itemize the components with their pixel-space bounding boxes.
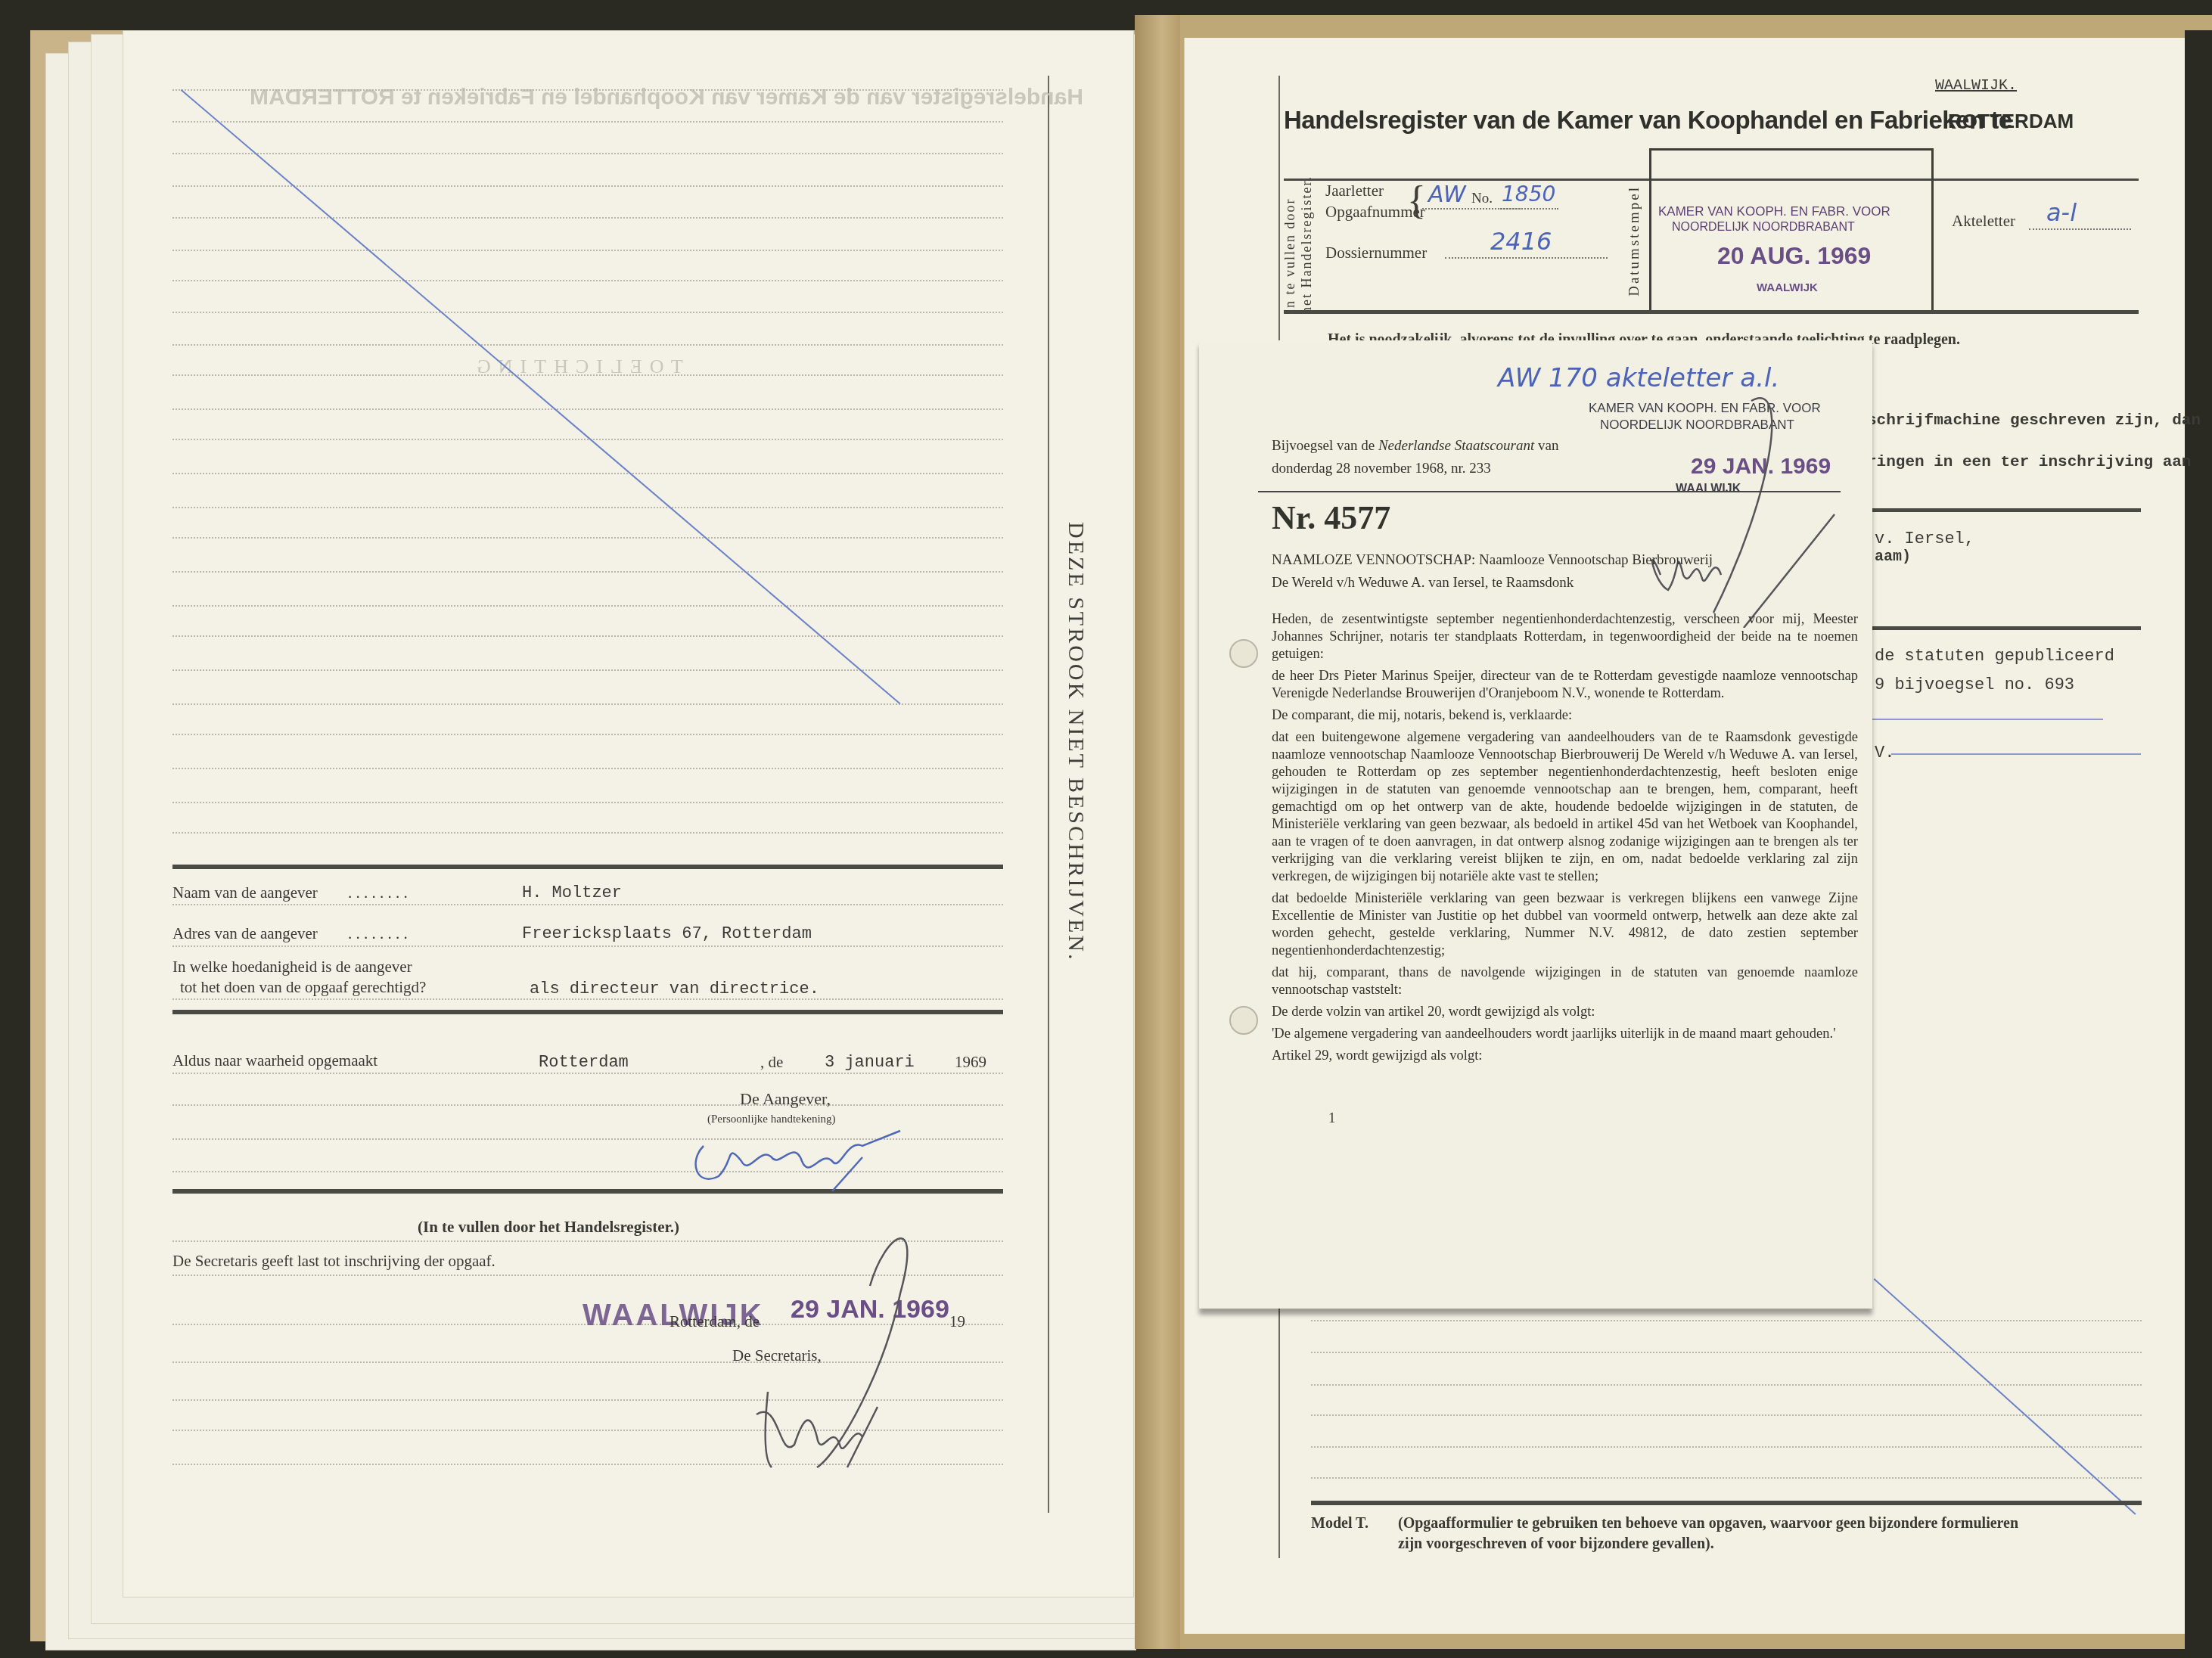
registry-year-prefix: 19 bbox=[949, 1312, 965, 1331]
ruled-line bbox=[172, 89, 1003, 91]
declaration-de: , de bbox=[760, 1053, 783, 1072]
declaration-date: 3 januari bbox=[825, 1053, 915, 1072]
ruled-line bbox=[172, 374, 1003, 376]
field-line bbox=[1498, 208, 1558, 210]
ruled-line bbox=[172, 250, 1003, 251]
opgaafnummer-value[interactable]: 1850 bbox=[1502, 182, 1555, 206]
blue-underline bbox=[1891, 753, 2141, 755]
signature-aangever bbox=[688, 1116, 930, 1199]
ruled-line bbox=[172, 734, 1003, 735]
clipping-paragraph: De derde volzin van artikel 20, wordt ge… bbox=[1272, 1004, 1858, 1021]
background-edge bbox=[2185, 30, 2212, 1649]
stamp-date: 20 AUG. 1969 bbox=[1717, 242, 1871, 270]
signature-secretary bbox=[749, 1218, 930, 1475]
punch-hole bbox=[1229, 1006, 1258, 1035]
stamp-line1: KAMER VAN KOOPH. EN FABR. VOOR bbox=[1658, 204, 1890, 219]
ruled-line bbox=[172, 185, 1003, 187]
source-post: van bbox=[1534, 438, 1558, 454]
clipping-page-number: 1 bbox=[1328, 1110, 1858, 1128]
stamp-line2: NOORDELIJK NOORDBRABANT bbox=[1672, 221, 1855, 234]
ruled-line bbox=[172, 904, 1003, 905]
divider bbox=[1311, 1501, 2142, 1505]
folder-spine bbox=[1135, 15, 1180, 1649]
no-label: No. bbox=[1471, 191, 1493, 207]
ruled-line bbox=[172, 1073, 1003, 1074]
newspaper-clipping: AW 170 akteletter a.l. KAMER VAN KOOPH. … bbox=[1199, 340, 1872, 1309]
clipping-paragraph: dat bedoelde Ministeriële verklaring van… bbox=[1272, 890, 1858, 960]
dossiernummer-value[interactable]: 2416 bbox=[1490, 227, 1552, 256]
leader-dots: . . . . . . . . bbox=[348, 924, 408, 943]
field-value-capacity: als directeur van directrice. bbox=[530, 980, 819, 998]
source-pre: Bijvoegsel van de bbox=[1272, 438, 1378, 454]
clipping-paragraph: 'De algemene vergadering van aandeelhoud… bbox=[1272, 1026, 1858, 1043]
clipping-paragraph: Artikel 29, wordt gewijzigd als volgt: bbox=[1272, 1048, 1858, 1065]
clipping-paragraph: dat hij, comparant, thans de navolgende … bbox=[1272, 964, 1858, 999]
ruled-line bbox=[172, 408, 1003, 410]
clipping-number: Nr. 4577 bbox=[1272, 509, 1858, 526]
ruled-line bbox=[1311, 1446, 2142, 1448]
divider bbox=[1869, 626, 2141, 630]
field-label-capacity-1: In welke hoedanigheid is de aangever bbox=[172, 958, 412, 976]
akteletter-label: Akteletter bbox=[1952, 212, 2015, 231]
ruled-line bbox=[1311, 1384, 2142, 1386]
clipping-rule bbox=[1258, 491, 1841, 492]
ruled-line bbox=[172, 473, 1003, 474]
registry-instruction: De Secretaris geeft last tot inschrijvin… bbox=[172, 1252, 496, 1271]
clipping-paragraphs: Heden, de zesentwintigste september nege… bbox=[1272, 611, 1858, 1065]
source-italic: Nederlandse Staatscourant bbox=[1378, 438, 1534, 454]
jaarletter-label: Jaarletter bbox=[1325, 182, 1384, 200]
vertical-notice: DEZE STROOK NIET BESCHRIJVEN. bbox=[1063, 522, 1089, 961]
ruled-line bbox=[1311, 1414, 2142, 1416]
ruled-line bbox=[172, 832, 1003, 834]
clipping-paragraph: Heden, de zesentwintigste september nege… bbox=[1272, 611, 1858, 663]
ruled-line bbox=[1311, 1320, 2142, 1321]
stamp-place: WAALWIJK bbox=[1757, 281, 1818, 294]
field-value-name: H. Moltzer bbox=[522, 883, 622, 902]
typed-partial-1: v. Iersel, bbox=[1875, 529, 1974, 548]
field-line bbox=[1445, 257, 1608, 259]
ruled-line bbox=[172, 571, 1003, 573]
field-line bbox=[2029, 228, 2131, 230]
typed-partial-4: 9 bijvoegsel no. 693 bbox=[1875, 675, 2074, 694]
ruled-line bbox=[172, 344, 1003, 346]
location-typed: WAALWIJK. bbox=[1935, 77, 2017, 95]
blue-underline bbox=[1869, 719, 2103, 720]
clipping-company: NAAMLOZE VENNOOTSCHAP: Naamlooze Vennoot… bbox=[1272, 549, 1726, 595]
side-label-line2: het Handelsregister. bbox=[1299, 175, 1314, 314]
field-label-name: Naam van de aangever bbox=[172, 883, 318, 902]
field-value-address: Freericksplaats 67, Rotterdam bbox=[522, 924, 812, 943]
divider bbox=[172, 865, 1003, 869]
source-line2: donderdag 28 november 1968, nr. 233 bbox=[1272, 461, 1491, 477]
divider bbox=[1284, 310, 2139, 314]
form-title-city: ROTTERDAM bbox=[1948, 110, 2074, 133]
registry-heading: (In te vullen door het Handelsregister.) bbox=[418, 1218, 679, 1237]
leader-dots: . . . . . . . . bbox=[348, 883, 408, 902]
ruled-line bbox=[1311, 1352, 2142, 1353]
ruled-line bbox=[172, 537, 1003, 539]
declaration-label: Aldus naar waarheid opgemaakt bbox=[172, 1051, 377, 1070]
declaration-place: Rotterdam bbox=[539, 1053, 629, 1072]
ruled-line bbox=[172, 605, 1003, 607]
ruled-line bbox=[172, 280, 1003, 281]
ruled-line bbox=[172, 217, 1003, 219]
ruled-line bbox=[172, 802, 1003, 803]
akteletter-value[interactable]: a-l bbox=[2046, 198, 2077, 227]
footer-model: Model T. bbox=[1311, 1515, 1369, 1532]
punch-hole bbox=[1229, 639, 1258, 668]
ruled-line bbox=[172, 439, 1003, 440]
side-label-line1: In te vullen door bbox=[1282, 198, 1297, 314]
ruled-line bbox=[172, 507, 1003, 508]
ruled-line bbox=[172, 669, 1003, 671]
clipping-paragraph: dat een buitengewone algemene vergaderin… bbox=[1272, 729, 1858, 886]
partial-line-1: schrijfmachine geschreven zijn, dan bbox=[1867, 412, 2201, 430]
side-label: In te vullen door het Handelsregister. bbox=[1282, 185, 1315, 314]
signer-title: De Aangever, bbox=[740, 1089, 831, 1109]
brace: { bbox=[1407, 180, 1426, 222]
partial-line-2: ringen in een ter inschrijving aan bbox=[1867, 454, 2191, 471]
clipping-paragraph: de heer Drs Pieter Marinus Speijer, dire… bbox=[1272, 668, 1858, 703]
divider bbox=[1869, 508, 2141, 512]
datumstempel-label: Datumstempel bbox=[1626, 185, 1643, 297]
field-label-capacity-2: tot het doen van de opgaaf gerechtigd? bbox=[180, 978, 426, 997]
ruled-line bbox=[172, 312, 1003, 313]
divider bbox=[172, 1010, 1003, 1014]
footer-text-2: zijn voorgeschreven of voor bijzondere g… bbox=[1398, 1535, 1714, 1553]
ruled-line bbox=[172, 121, 1003, 123]
field-label-address: Adres van de aangever bbox=[172, 924, 318, 943]
clipping-paragraph: De comparant, die mij, notaris, bekend i… bbox=[1272, 707, 1858, 725]
ruled-line bbox=[172, 1104, 1003, 1106]
ruled-line bbox=[172, 768, 1003, 769]
ruled-line bbox=[172, 998, 1003, 1000]
ruled-line bbox=[172, 703, 1003, 705]
declaration-year: 1969 bbox=[955, 1053, 986, 1072]
form-title: Handelsregister van de Kamer van Koophan… bbox=[1284, 106, 2012, 135]
ruled-line bbox=[1311, 1477, 2142, 1479]
ruled-line bbox=[172, 153, 1003, 154]
ruled-line bbox=[172, 635, 1003, 637]
jaarletter-value[interactable]: AW bbox=[1428, 182, 1466, 208]
typed-partial-2: aam) bbox=[1875, 548, 1911, 566]
ruled-line bbox=[172, 945, 1003, 947]
dossiernummer-label: Dossiernummer bbox=[1325, 244, 1427, 262]
clipping-source: Bijvoegsel van de Nederlandse Staatscour… bbox=[1272, 435, 1858, 480]
footer-text-1: (Opgaafformulier te gebruiken ten behoev… bbox=[1398, 1515, 2018, 1532]
typed-partial-3: de statuten gepubliceerd bbox=[1875, 647, 2114, 666]
registry-printed-place: Rotterdam, de bbox=[670, 1312, 760, 1331]
